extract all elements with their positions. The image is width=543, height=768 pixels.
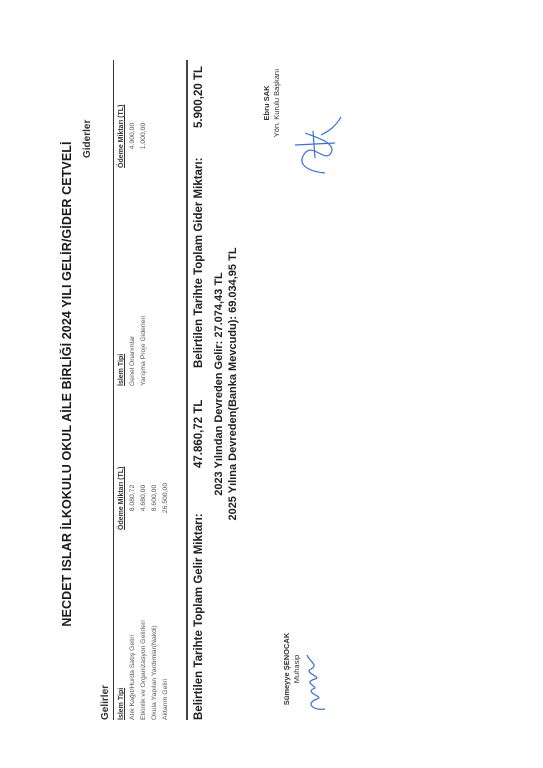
header-divider <box>113 60 114 720</box>
expense-amount-header: Ödeme Miktarı (TL) <box>118 105 125 168</box>
income-row-type: Aktarım Geliri <box>160 679 171 720</box>
totals-divider <box>186 60 188 720</box>
income-row-amount: 8.080,72 <box>127 466 138 530</box>
expense-row-type: Yarışma Proje Giderleri <box>138 316 149 386</box>
expense-total-label: Belirtilen Tarihte Toplam Gider Miktarı: <box>193 158 205 368</box>
income-row-amount: 4.680,00 <box>138 466 149 530</box>
signature-block-right: Ebru SAK Yön. Kurulu Başkanı <box>262 48 282 158</box>
income-row-type: Okula Yapılan Yardımlar(Nakdi) <box>149 625 160 720</box>
signer-name-right: Ebru SAK <box>262 48 272 158</box>
expense-row-type: Genel Onarımlar <box>127 336 138 386</box>
income-heading: Gelirler <box>100 685 111 720</box>
carry-to-2025: 2025 Yılına Devreden(Banka Mevcudu): 69.… <box>227 0 239 768</box>
expense-type-header: İslem Tipi <box>118 354 125 386</box>
income-total-value: 47.860,72 TL <box>193 400 205 468</box>
expense-total-value: 5.900,20 TL <box>193 66 205 128</box>
income-row-type: Etkinlik ve Organizasyon Gelirleri <box>138 620 149 720</box>
carry-from-2023: 2023 Yılından Devreden Gelir: 27.074,43 … <box>213 0 225 768</box>
expense-row-amount: 4.900,00 <box>127 104 138 168</box>
signer-role-right: Yön. Kurulu Başkanı <box>272 48 282 158</box>
expense-row-amount: 1.000,00 <box>138 104 149 168</box>
expense-heading: Giderler <box>82 120 93 158</box>
signature-right <box>285 93 345 193</box>
signature-left <box>295 643 335 713</box>
income-total-label: Belirtilen Tarihte Toplam Gelir Miktarı: <box>193 513 205 720</box>
income-row-amount: 8.600,00 <box>149 466 160 530</box>
signer-name-left: Sümeyye ŞENOCAK <box>282 614 292 724</box>
income-amount-header: Ödeme Miktarı (TL) <box>118 467 125 530</box>
document-page: NECDET ISLAR İLKOKULU OKUL AİLE BİRLİĞİ … <box>0 0 543 768</box>
document-title: NECDET ISLAR İLKOKULU OKUL AİLE BİRLİĞİ … <box>60 0 74 768</box>
income-row-amount: 26.500,00 <box>160 466 171 530</box>
income-type-header: İslem Tipi <box>118 688 125 720</box>
income-row-type: Atık Kağıt/Hurda Satış Geliri <box>127 635 138 720</box>
